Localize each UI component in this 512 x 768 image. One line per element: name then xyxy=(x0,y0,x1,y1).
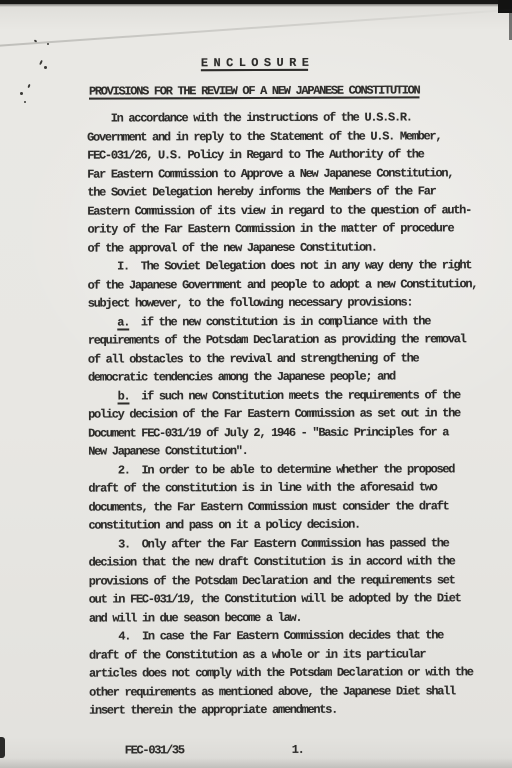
paragraph-label: a. xyxy=(117,315,129,329)
paragraph-text: In order to be able to determine whether… xyxy=(88,462,454,533)
scanned-document-page: E N C L O S U R E PROVISIONS FOR THE REV… xyxy=(0,0,512,768)
paragraph-label: I. xyxy=(117,259,129,273)
paragraph-gap xyxy=(130,537,142,551)
paragraph-label: 3. xyxy=(118,537,130,551)
paragraph-gap xyxy=(130,629,142,643)
paragraph-label: 2. xyxy=(118,463,130,477)
paragraph-indent xyxy=(88,389,118,403)
document-number: FEC-031/35 xyxy=(125,743,184,757)
page-footer: FEC-031/351. xyxy=(89,728,505,768)
document-content: E N C L O S U R E PROVISIONS FOR THE REV… xyxy=(0,0,512,768)
paragraph-text: The Soviet Delegation does not in any wa… xyxy=(88,258,478,310)
paragraph-label: b. xyxy=(118,389,130,403)
paragraph-item-3: 3. Only after the Far Eastern Commission… xyxy=(89,534,505,628)
paragraph-text: if the new constitution is in compliance… xyxy=(88,314,466,385)
paragraph-text: if such new Constitution meets the requi… xyxy=(88,388,460,459)
paragraph-indent xyxy=(87,112,111,126)
enclosure-heading: E N C L O S U R E xyxy=(201,55,512,70)
paragraph-item-4: 4. In case the Far Eastern Commission de… xyxy=(89,626,505,720)
paragraph-gap xyxy=(129,389,141,403)
paragraph-item-b: b. if such new Constitution meets the re… xyxy=(88,386,504,461)
paragraph-indent xyxy=(88,259,118,273)
paragraph-item-a: a. if the new constitution is in complia… xyxy=(88,312,504,387)
paragraph-intro: In accordance with the instructions of t… xyxy=(87,108,504,257)
paragraph-indent xyxy=(89,629,119,643)
paragraph-text: In case the Far Eastern Commission decid… xyxy=(89,628,473,717)
paragraph-item-I: I. The Soviet Delegation does not in any… xyxy=(88,256,504,313)
document-body: In accordance with the instructions of t… xyxy=(87,108,505,720)
paragraph-indent xyxy=(88,315,118,329)
page-number: 1. xyxy=(292,743,304,757)
paragraph-indent xyxy=(88,463,118,477)
paragraph-label: 4. xyxy=(118,629,130,643)
paragraph-text: Only after the Far Eastern Commission ha… xyxy=(89,536,461,625)
paragraph-text: In accordance with the instructions of t… xyxy=(87,110,471,255)
document-title: PROVISIONS FOR THE REVIEW OF A NEW JAPAN… xyxy=(89,83,501,98)
paragraph-item-2: 2. In order to be able to determine whet… xyxy=(88,460,504,535)
paragraph-indent xyxy=(89,537,119,551)
paragraph-gap xyxy=(130,463,142,477)
paragraph-gap xyxy=(129,259,141,273)
paragraph-gap xyxy=(129,315,141,329)
